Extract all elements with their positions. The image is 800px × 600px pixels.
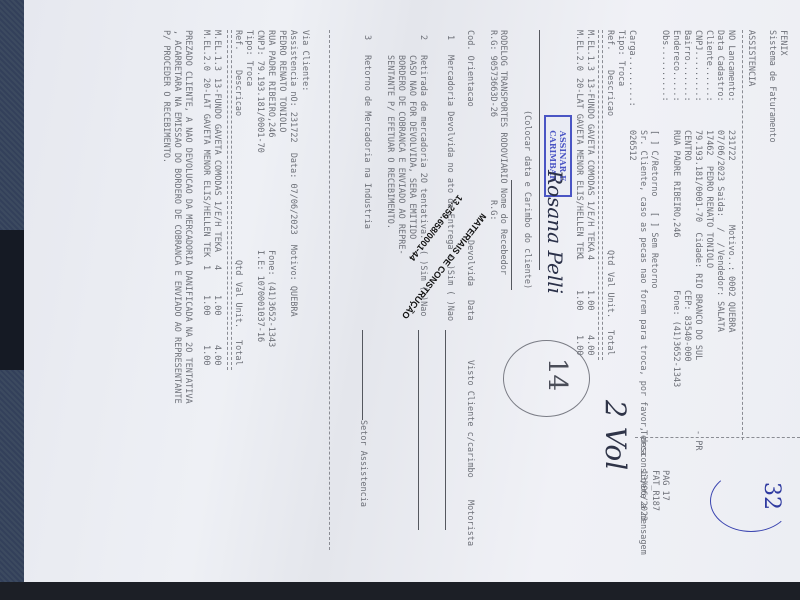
handwritten-volume-note: 2 Vol — [610, 400, 620, 470]
circled-number: 14 — [552, 358, 562, 391]
orientation-text: Retorno de Mercadoria na Industria — [362, 55, 372, 229]
orientation-text: Mercadoria Devolvida no ato da Entrega (… — [445, 55, 455, 321]
setor-label: Setor Assistencia — [358, 420, 368, 507]
header-total: Total — [605, 330, 615, 356]
field-label: Cliente......: — [704, 30, 714, 102]
client-copy-line: Tipo: Troca — [244, 30, 254, 86]
orientation-num: 2 — [418, 35, 428, 40]
client-copy-line: I.E: 1070001037-16 — [255, 250, 265, 342]
transport-rg: R.G: 90573663D-26 — [488, 30, 498, 117]
blue-circled-number: 32 — [766, 482, 776, 510]
divider — [635, 437, 800, 438]
field-extra: Fone: (41)3652-1343 — [671, 290, 681, 387]
field-value: 17462 PEDRO RENATO TONIOLO — [704, 130, 714, 268]
section-title: ASSISTENCIA — [746, 30, 756, 86]
item-ref: M.EL.2.0 — [574, 30, 584, 71]
item-qtd: 4 — [585, 255, 595, 260]
col-devolvida: Devolvida — [465, 240, 475, 286]
item-ref: M.EL.1.3 — [212, 30, 222, 71]
orientation-title: Cod. Orientacao — [465, 30, 475, 107]
item-unit: 1.00 — [585, 290, 595, 310]
footer-line: PREZADO CLIENTE, A NAO DEVOLUCAO DA MERC… — [183, 30, 193, 404]
header-total: Total — [233, 340, 243, 366]
system-name: Sistema de Faturamento — [767, 30, 777, 143]
header-desc: Descricao — [233, 70, 243, 116]
cut-line — [329, 30, 330, 550]
field-value: 79.193.181/0001-70 Cidade: RIO BRANCO DO… — [693, 130, 703, 360]
field-extra: - PR — [693, 430, 703, 450]
company-stamp: MATERIAIS DE CONSTRUÇÃO 13.259.658/0001-… — [360, 181, 504, 333]
orientation-num: 3 — [362, 35, 372, 40]
item-ref: M.EL.1.3 — [585, 30, 595, 71]
header-ref: Ref. — [233, 30, 243, 50]
item-total: 4.00 — [212, 345, 222, 365]
receiver-rg: R.G: — [488, 200, 498, 220]
item-total: 4.00 — [585, 335, 595, 355]
header-unit: Val Unit. — [605, 272, 615, 318]
col-motorista: Motorista — [465, 500, 475, 546]
item-ref: M.EL.2.0 — [201, 30, 211, 71]
header-desc: Descricao — [605, 70, 615, 116]
field-label: Bairro.......: — [682, 30, 692, 102]
footer-line: , ACARRETARA NA EMISSAO DO BORDERO DE CO… — [172, 30, 182, 404]
transport-company: RODELOG TRANSPORTES RODOVIARIO — [498, 30, 508, 184]
item-desc: 20-LAT GAVETA MENOR ELIS/HELLEN TEK — [201, 78, 211, 257]
orientation-text: Retirada de mercadoria 2O tentativa. — [418, 55, 428, 239]
item-qtd: 4 — [212, 265, 222, 270]
item-unit: 1.00 — [574, 290, 584, 310]
field-label: Data Cadastro: — [715, 30, 725, 102]
table-divider — [598, 30, 603, 360]
field-value: 231722 — [726, 130, 736, 161]
answer-line — [445, 330, 446, 530]
handwritten-signature: Rosana Pelli — [550, 170, 560, 294]
field-label: Endereco.....: — [671, 30, 681, 102]
retorno-options: [ ] C/Retorno [ ] Sem Retorno — [649, 130, 659, 289]
client-copy-line: Assistencia nO: 231722 Data: 07/06/2023 … — [288, 30, 298, 317]
field-value: RUA PADRE RIBEIRO,246 — [671, 130, 681, 237]
carga-value: 026512 — [627, 130, 637, 161]
item-unit: 1.00 — [212, 295, 222, 315]
answer-line — [418, 330, 419, 530]
field-label: Obs..........: — [660, 30, 670, 102]
company-name: FENIX — [778, 30, 788, 56]
item-total: 1.00 — [201, 345, 211, 365]
field-extra: CEP: 83540-000 — [682, 290, 692, 362]
orientation-text: BORDERO DE COBRANCA E ENVIADO AO REPRE- — [396, 55, 406, 255]
field-label: CNPJ.........: — [693, 30, 703, 102]
field-value: 07/06/2023 Saida: / / — [715, 130, 725, 248]
receiver-line — [511, 180, 512, 290]
report-code: FAT_R187 — [650, 470, 660, 511]
item-unit: 1.00 — [201, 295, 211, 315]
fabric-shadow — [0, 230, 25, 370]
rotated-document: FENIX Sistema de Faturamento ASSISTENCIA… — [24, 0, 800, 582]
header-unit: Val Unit. — [233, 282, 243, 328]
tipo-label: Tipo: Troca — [616, 30, 626, 86]
col-data: Data — [465, 300, 475, 320]
item-desc: 20-LAT GAVETA MENOR ELIS/HELLEN TEK — [574, 78, 584, 257]
signature-line — [539, 30, 540, 270]
field-value: CENTRO — [682, 130, 692, 161]
field-extra: Vendedor: SALATA — [715, 250, 725, 332]
client-copy-title: Via Cliente: — [300, 30, 310, 91]
orientation-num: 1 — [445, 35, 455, 40]
header-qtd: Qtd — [605, 250, 615, 265]
divider — [742, 30, 743, 440]
orientation-text: CASO NAO FOR DEVOLVIDA, SERA EMITIDO — [407, 55, 417, 239]
item-qtd: 1 — [201, 265, 211, 270]
item-desc: 13-FUNDO GAVETA COMODAS 1/E/H TEKA — [212, 78, 222, 252]
client-copy-line: PEDRO RENATO TONIOLO — [277, 30, 287, 132]
col-visto: Visto Cliente c/carimbo — [465, 360, 475, 478]
field-label: NO Lancamento: — [726, 30, 736, 102]
field-extra: Motivo..: 0002 QUEBRA — [726, 225, 736, 332]
answer-line — [362, 330, 363, 420]
table-edge — [0, 582, 800, 600]
page-number: PAG 17 — [660, 470, 670, 501]
notice-text: Sr. Cliente, caso as pecas nao forem par… — [638, 130, 648, 555]
signature-caption: (Colocar data e Carimbo do cliente) — [522, 110, 532, 289]
item-desc: 13-FUNDO GAVETA COMODAS 1/E/H TEKA — [585, 78, 595, 252]
header-ref: Ref. — [605, 30, 615, 50]
header-qtd: Qtd — [233, 260, 243, 275]
orientation-options: ( )Sim ( )Nao — [418, 250, 428, 317]
client-copy-line: RUA PADRE RIBEIRO,246 — [266, 30, 276, 137]
item-qtd: 1 — [574, 255, 584, 260]
orientation-text: SENTANTE P/ EFETUAR O RECEBIMENTO. — [385, 55, 395, 229]
client-copy-line: CNPJ: 79.193.181/0001-70 — [255, 30, 265, 153]
table-divider — [227, 30, 232, 370]
carga-label: Carga.........: — [627, 30, 637, 107]
footer-line: P/ PROCEDER O RECEBIMENTO. — [161, 30, 171, 163]
client-copy-line: Fone: (41)3652-1343 — [266, 250, 276, 347]
